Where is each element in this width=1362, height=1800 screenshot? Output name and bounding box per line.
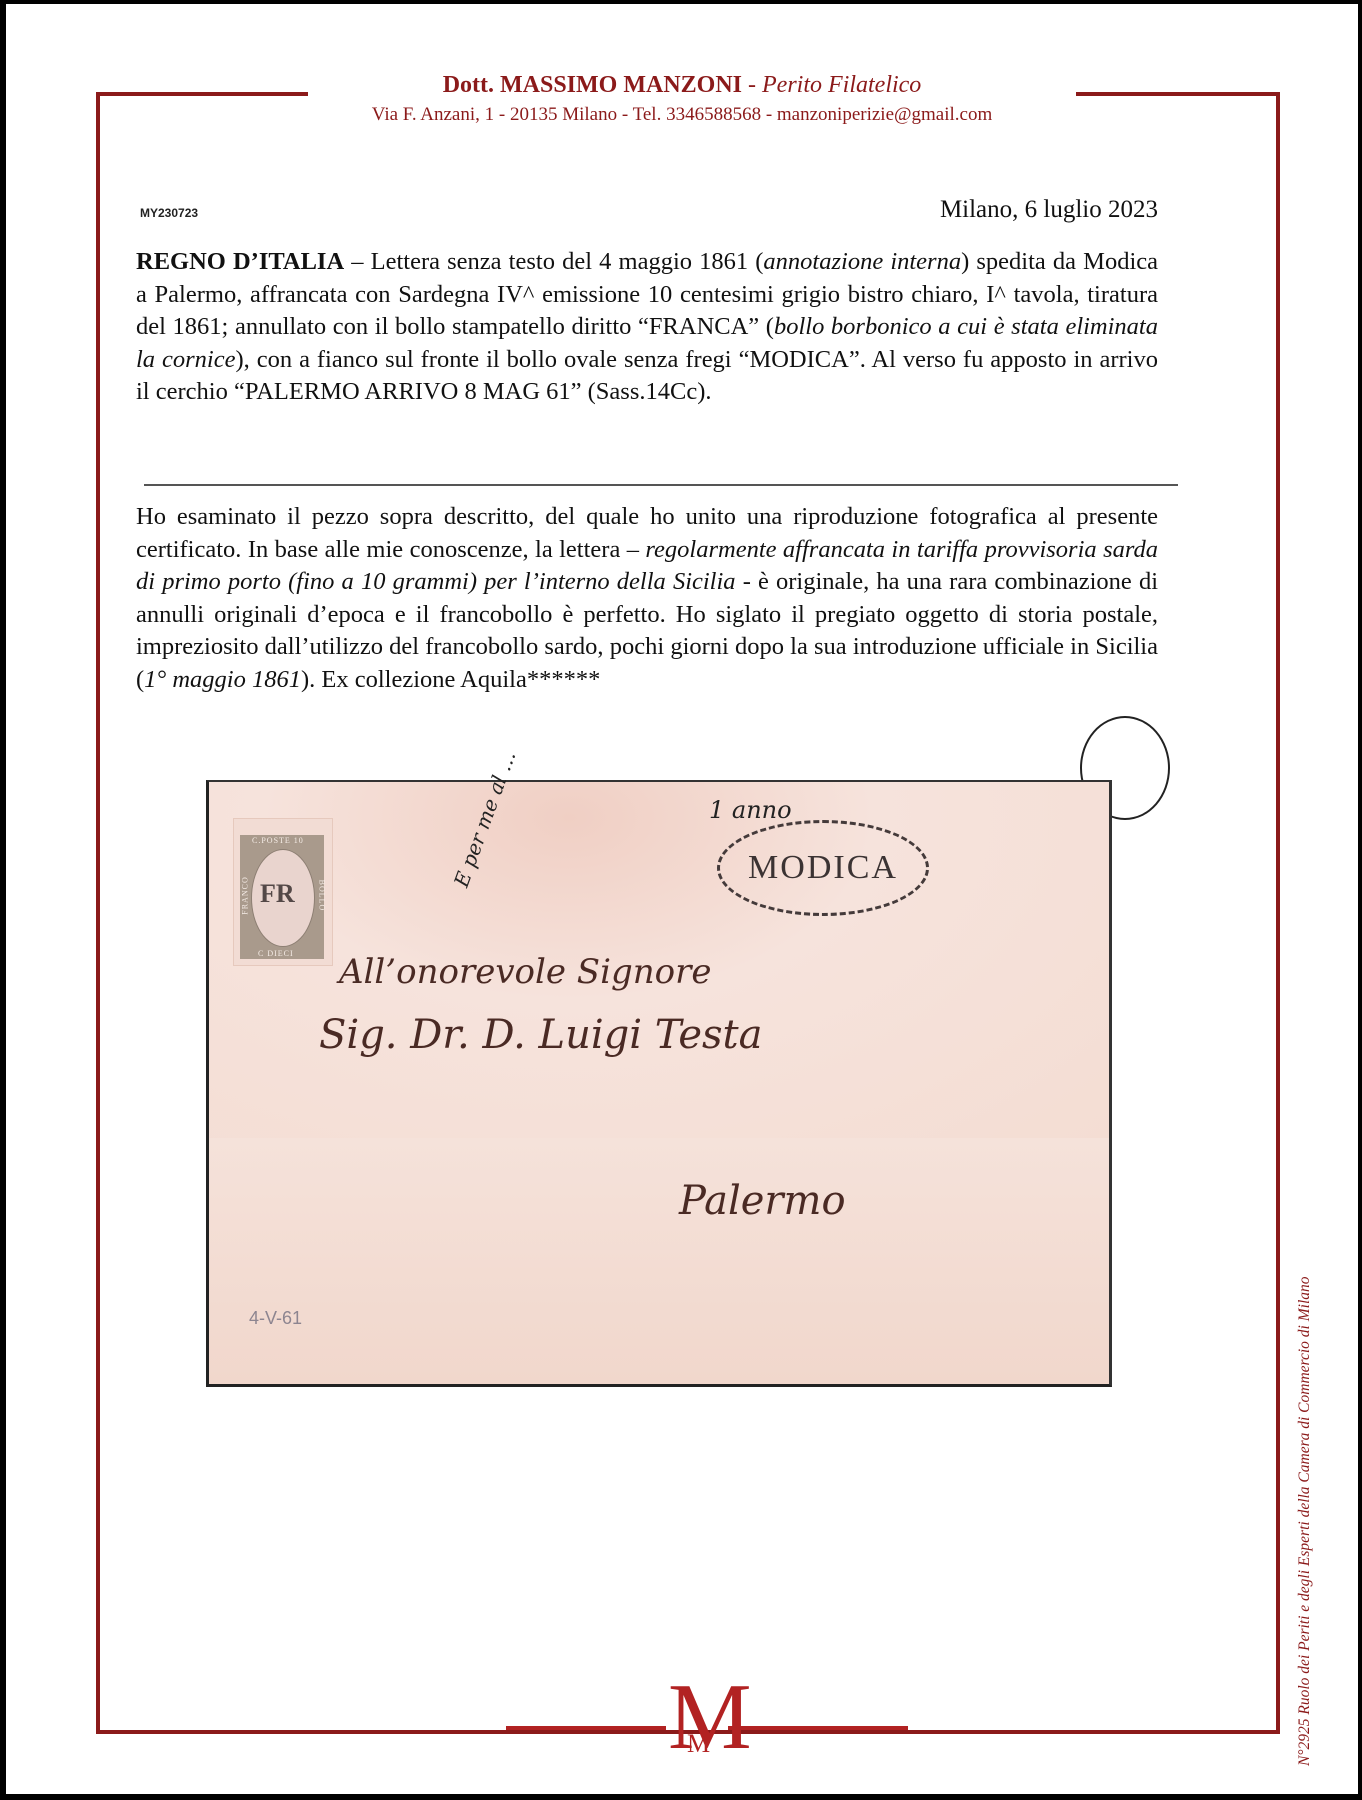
expert-address: Via F. Anzani, 1 - 20135 Milano - Tel. 3… [6, 104, 1358, 126]
stamp-bottom-text: C DIECI [258, 949, 294, 958]
letter-photo: C.POSTE 10 FRANCO BOLLO C DIECI FR 1 ann… [206, 780, 1112, 1143]
description-paragraph: REGNO D’ITALIA – Lettera senza testo del… [136, 246, 1158, 409]
registry-note: N°2925 Ruolo dei Periti e degli Esperti … [1296, 1276, 1314, 1766]
logo-mm-small: M [687, 1729, 710, 1759]
header-separator: - [742, 72, 762, 98]
letter-photo-lower: Palermo 4-V-61 [206, 1138, 1112, 1387]
frame-left [96, 92, 100, 1734]
postage-stamp: C.POSTE 10 FRANCO BOLLO C DIECI FR [233, 818, 333, 966]
stamp-right-text: BOLLO [318, 880, 327, 912]
logo-line-left [506, 1726, 666, 1730]
text: Lettera senza testo del 4 maggio 1861 ( [371, 248, 764, 275]
text: ). Ex collezione Aquila****** [301, 666, 600, 693]
modica-postmark: MODICA [717, 820, 929, 916]
description-heading: REGNO D’ITALIA [136, 248, 344, 275]
certificate-id: MY230723 [140, 206, 198, 220]
opinion-paragraph: Ho esaminato il pezzo sopra descritto, d… [136, 501, 1158, 696]
logo-line-right [728, 1726, 908, 1730]
handwritten-vertical-note: E per me al … [449, 747, 521, 890]
address-line-1: All’onorevole Signore [339, 952, 711, 992]
certificate-page: Dott. MASSIMO MANZONI - Perito Filatelic… [6, 4, 1358, 1794]
text: ), con a fianco sul fronte il bollo oval… [136, 346, 1158, 406]
pencil-date: 4-V-61 [249, 1308, 302, 1329]
address-line-2: Sig. Dr. D. Luigi Testa [319, 1012, 762, 1058]
divider [144, 484, 1178, 486]
stamp-top-text: C.POSTE 10 [252, 836, 304, 845]
expert-name: Dott. MASSIMO MANZONI [443, 72, 742, 98]
handwritten-annotation: 1 anno [709, 796, 792, 824]
address-line-3: Palermo [679, 1178, 846, 1224]
italic-text: 1° maggio 1861 [144, 666, 301, 693]
expert-name-heading: Dott. MASSIMO MANZONI - Perito Filatelic… [6, 72, 1358, 99]
stamp-left-text: FRANCO [241, 876, 250, 914]
dash: – [344, 248, 371, 275]
italic-text: annotazione interna [763, 248, 961, 275]
frame-right [1276, 92, 1280, 1734]
stamp-cancel: FR [260, 879, 295, 909]
certificate-place-date: Milano, 6 luglio 2023 [940, 196, 1158, 224]
expert-title: Perito Filatelico [762, 72, 921, 98]
